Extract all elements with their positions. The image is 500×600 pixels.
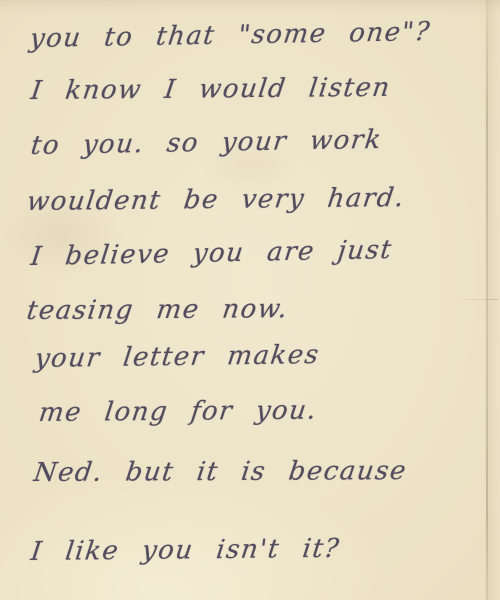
letter-page: you to that "some one"? I know I would l… <box>0 0 500 600</box>
page-fold-crease-vertical <box>486 0 488 600</box>
handwritten-line: I believe you are just <box>29 235 394 272</box>
handwritten-line: me long for you. <box>37 396 319 428</box>
handwritten-line: wouldent be very hard. <box>25 183 407 217</box>
handwritten-line: you to that "some one"? <box>28 17 432 54</box>
handwritten-line: to you. so your work <box>29 125 384 161</box>
handwritten-line: teasing me now. <box>25 294 290 326</box>
handwritten-line: I know I would listen <box>29 73 393 106</box>
handwritten-line: I like you isn't it? <box>29 534 342 567</box>
handwritten-line: Ned. but it is because <box>32 456 409 488</box>
handwritten-line: your letter makes <box>33 340 321 374</box>
page-fold-crease-horizontal <box>452 299 498 300</box>
